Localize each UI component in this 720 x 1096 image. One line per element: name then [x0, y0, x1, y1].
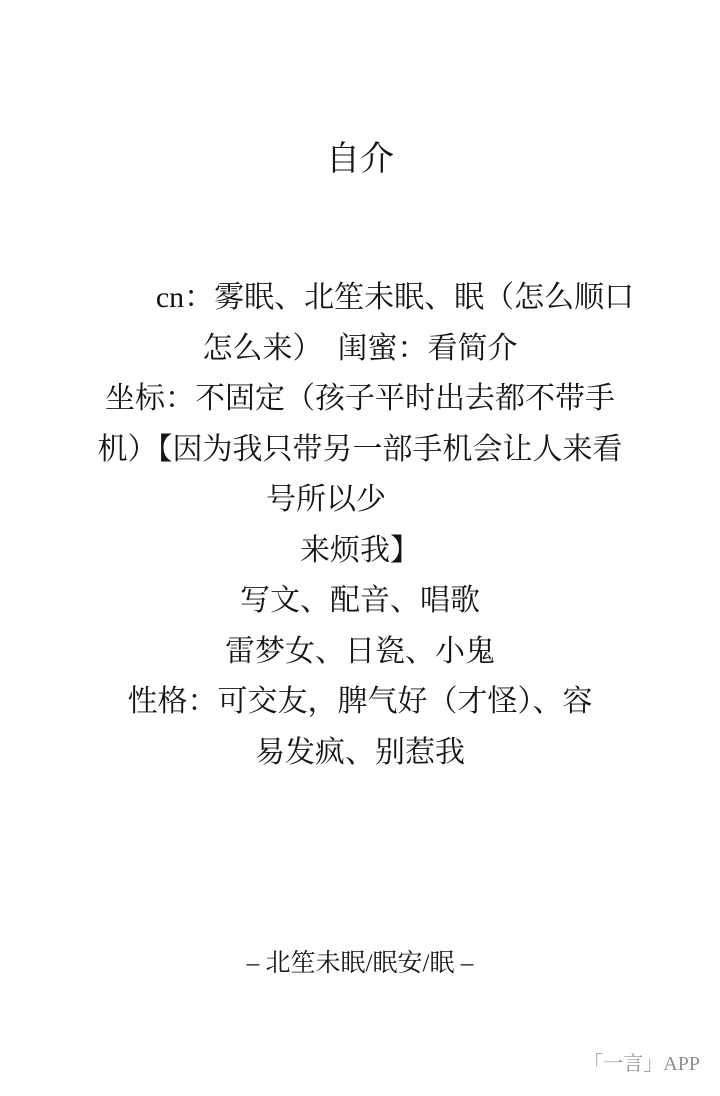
- page-title: 自介: [0, 140, 720, 180]
- bio-line: 写文、配音、唱歌: [0, 576, 720, 627]
- bio-line: 机）【因为我只带另一部手机会让人来看: [0, 425, 720, 476]
- bio-line: 怎么来） 闺蜜：看简介: [0, 324, 720, 375]
- bio-text: cn：雾眠、北笙未眠、眠（怎么顺口 怎么来） 闺蜜：看简介 坐标：不固定（孩子平…: [0, 273, 720, 778]
- bio-line: 号所以少: [0, 475, 686, 526]
- bio-line: 坐标：不固定（孩子平时出去都不带手: [0, 374, 720, 425]
- signature: – 北笙未眠/眠安/眠 –: [0, 948, 720, 980]
- bio-line: 来烦我】: [0, 526, 720, 577]
- bio-line: 雷梦女、日瓷、小鬼: [0, 627, 720, 678]
- bio-card: 自介 cn：雾眠、北笙未眠、眠（怎么顺口 怎么来） 闺蜜：看简介 坐标：不固定（…: [0, 0, 720, 1096]
- bio-line: cn：雾眠、北笙未眠、眠（怎么顺口: [35, 273, 720, 324]
- bio-line: 易发疯、别惹我: [0, 728, 720, 779]
- app-watermark: 「一言」APP: [583, 1050, 700, 1078]
- bio-line: 性格：可交友，脾气好（才怪）、容: [0, 677, 720, 728]
